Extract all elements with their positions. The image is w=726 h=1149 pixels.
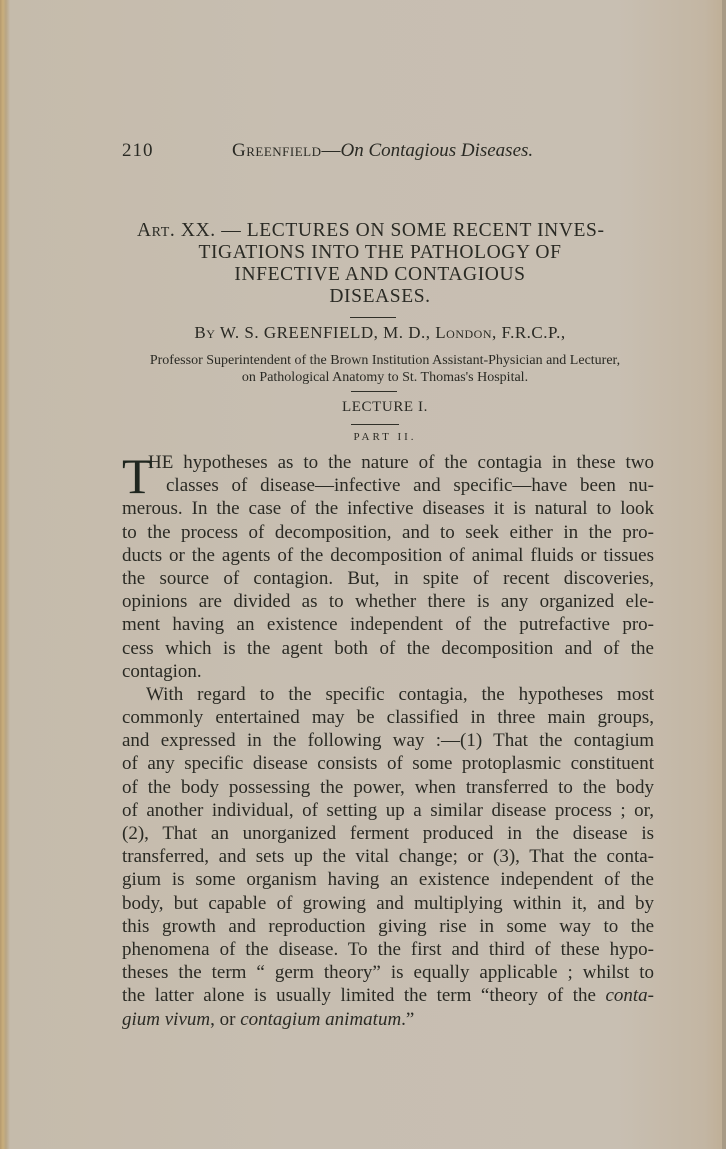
article-number: XX. — LECTURES ON SOME RECENT INVES- xyxy=(181,220,605,241)
article-title: Art. XX. — LECTURES ON SOME RECENT INVES… xyxy=(120,220,640,308)
body-line: this growth and reproduction giving rise… xyxy=(122,915,654,938)
body-line: the source of contagion. But, in spite o… xyxy=(122,567,654,590)
body-line: opinions are divided as to whether there… xyxy=(122,590,654,613)
byline: By W. S. GREENFIELD, M. D., London, F.R.… xyxy=(100,322,660,344)
body-line: HE hypotheses as to the nature of the co… xyxy=(122,451,654,474)
article-title-line-4: DISEASES. xyxy=(120,286,640,308)
body-line: transferred, and sets up the vital chang… xyxy=(122,845,654,868)
article-title-line-3: INFECTIVE AND CONTAGIOUS xyxy=(120,264,640,286)
body-line: to the process of decomposition, and to … xyxy=(122,521,654,544)
body-text-segment: .” xyxy=(401,1009,414,1030)
body-line: of another individual, of setting up a s… xyxy=(122,799,654,822)
running-head: 210 Greenfield—On Contagious Diseases. xyxy=(122,139,622,163)
author-credentials: F.R.C.P., xyxy=(502,323,566,342)
author-affiliation: Professor Superintendent of the Brown In… xyxy=(110,352,660,386)
body-line: contagion. xyxy=(122,660,654,683)
body-line: commonly entertained may be classified i… xyxy=(122,706,654,729)
italic-term: contagium animatum xyxy=(240,1009,401,1030)
italic-term: gium vivum xyxy=(122,1009,210,1030)
drop-cap: T xyxy=(122,455,153,497)
body-line: With regard to the specific contagia, th… xyxy=(122,683,654,706)
body-line: of any specific disease consists of some… xyxy=(122,752,654,775)
body-line: gium vivum, or contagium animatum.” xyxy=(122,1008,654,1031)
author-place: London, xyxy=(435,323,496,342)
body-text-segment: , or xyxy=(210,1009,240,1030)
body-line: gium is some organism having an existenc… xyxy=(122,868,654,891)
body-line: of the body possessing the power, when t… xyxy=(122,776,654,799)
affiliation-line-1: Professor Superintendent of the Brown In… xyxy=(110,352,660,369)
scanned-page: 210 Greenfield—On Contagious Diseases. A… xyxy=(0,0,726,1149)
body-line: body, but capable of growing and multipl… xyxy=(122,892,654,915)
divider-rule xyxy=(351,391,397,392)
body-line: classes of disease—infective and specifi… xyxy=(122,474,654,497)
body-text-segment: the latter alone is usually limited the … xyxy=(122,985,605,1006)
part-heading: PART II. xyxy=(110,430,660,444)
body-line: theses the term “ germ theory” is equall… xyxy=(122,961,654,984)
body-line: phenomena of the disease. To the first a… xyxy=(122,938,654,961)
body-line: the latter alone is usually limited the … xyxy=(122,984,654,1007)
body-line: (2), That an unorganized ferment produce… xyxy=(122,822,654,845)
divider-rule xyxy=(351,424,399,425)
running-title-dash: — xyxy=(322,140,341,161)
lecture-heading: LECTURE I. xyxy=(110,397,660,417)
article-label: Art. xyxy=(137,220,175,241)
body-text: T HE hypotheses as to the nature of the … xyxy=(122,451,654,1031)
affiliation-line-2: on Pathological Anatomy to St. Thomas's … xyxy=(110,369,660,386)
body-line: ment having an existence independent of … xyxy=(122,613,654,636)
page-number: 210 xyxy=(122,139,154,163)
running-title: Greenfield—On Contagious Diseases. xyxy=(232,139,533,163)
body-line: merous. In the case of the infective dis… xyxy=(122,497,654,520)
divider-rule xyxy=(350,317,396,318)
running-title-author: Greenfield xyxy=(232,140,322,161)
body-line: cess which is the agent both of the deco… xyxy=(122,637,654,660)
body-line: ducts or the agents of the decomposition… xyxy=(122,544,654,567)
running-title-work: On Contagious Diseases. xyxy=(341,140,534,161)
body-line: and expressed in the following way :—(1)… xyxy=(122,729,654,752)
italic-term: conta- xyxy=(605,985,654,1006)
byline-by: By xyxy=(194,323,215,342)
author-name: W. S. GREENFIELD, M. D., xyxy=(220,323,431,342)
article-title-line-2: TIGATIONS INTO THE PATHOLOGY OF xyxy=(120,242,640,264)
article-title-line-1: Art. XX. — LECTURES ON SOME RECENT INVES… xyxy=(137,220,640,242)
